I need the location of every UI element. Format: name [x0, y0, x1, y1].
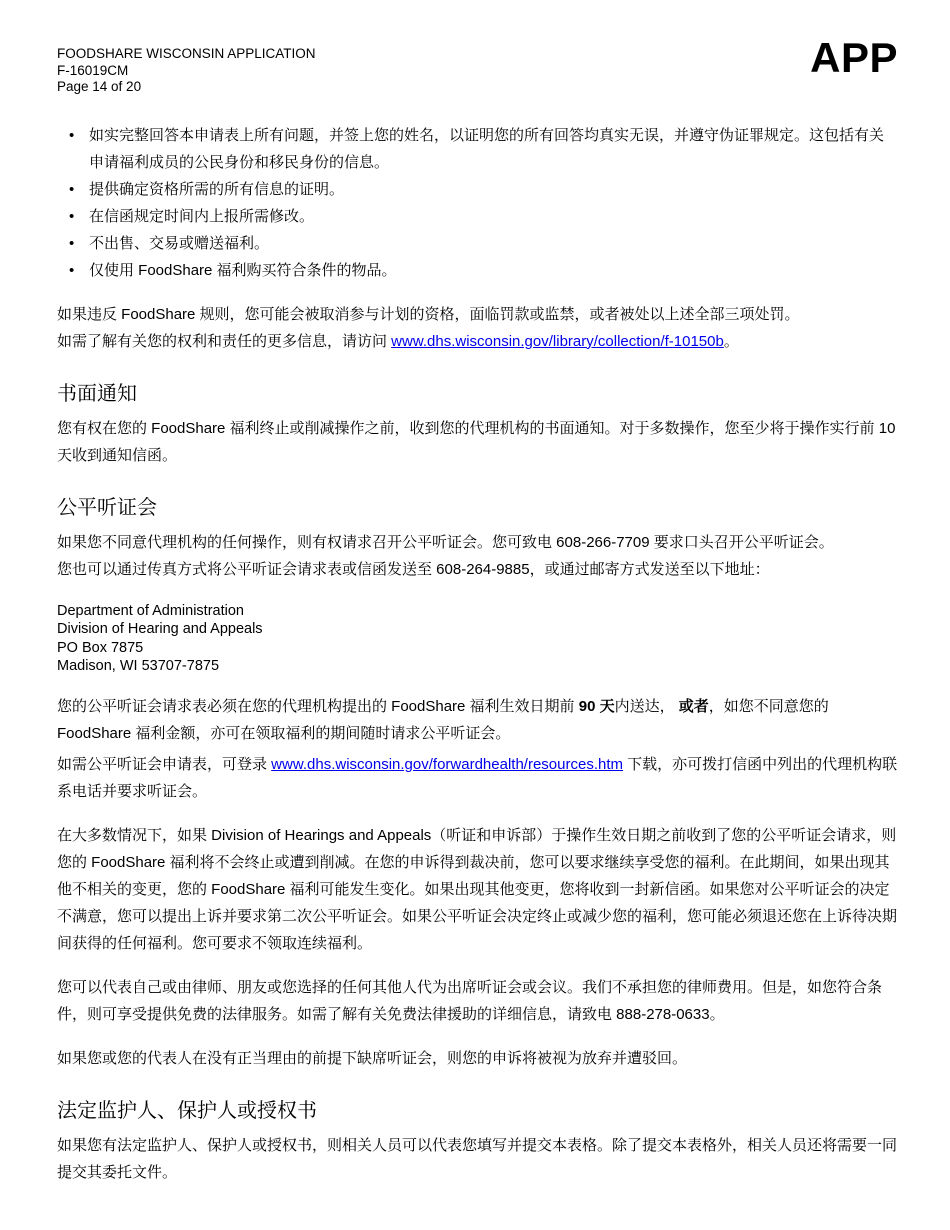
- address-line: Madison, WI 53707-7875: [57, 657, 898, 676]
- representation-paragraph: 您可以代表自己或由律师、朋友或您选择的任何其他人代为出席听证会或会议。我们不承担…: [57, 974, 898, 1028]
- written-notice-paragraph: 您有权在您的 FoodShare 福利终止或削减操作之前，收到您的代理机构的书面…: [57, 415, 898, 469]
- hearing-form-paragraph: 如需公平听证会申请表，可登录 www.dhs.wisconsin.gov/for…: [57, 751, 898, 805]
- header-page-number: Page 14 of 20: [57, 79, 316, 96]
- penalty-line2-suffix: 。: [724, 333, 739, 350]
- fair-hearing-intro-paragraph: 如果您不同意代理机构的任何操作，则有权请求召开公平听证会。您可致电 608-26…: [57, 529, 898, 583]
- section-heading-fair-hearing: 公平听证会: [57, 494, 898, 522]
- address-line: PO Box 7875: [57, 639, 898, 658]
- page-header: FOODSHARE WISCONSIN APPLICATION F-16019C…: [57, 46, 898, 96]
- hearing-process-paragraph: 在大多数情况下，如果 Division of Hearings and Appe…: [57, 822, 898, 957]
- list-item: 不出售、交易或赠送福利。: [57, 230, 898, 257]
- guardian-paragraph: 如果您有法定监护人、保护人或授权书，则相关人员可以代表您填写并提交本表格。除了提…: [57, 1132, 898, 1186]
- list-item: 提供确定资格所需的所有信息的证明。: [57, 176, 898, 203]
- document-content: 如实完整回答本申请表上所有问题，并签上您的姓名，以证明您的所有回答均真实无误，并…: [57, 122, 898, 1186]
- list-item: 仅使用 FoodShare 福利购买符合条件的物品。: [57, 257, 898, 284]
- mailing-address: Department of Administration Division of…: [57, 602, 898, 676]
- app-badge: APP: [810, 38, 898, 78]
- fair-hearing-intro-line2: 您也可以通过传真方式将公平听证会请求表或信函发送至 608-264-9885，或…: [57, 561, 770, 578]
- section-heading-guardian: 法定监护人、保护人或授权书: [57, 1097, 898, 1125]
- header-title: FOODSHARE WISCONSIN APPLICATION: [57, 46, 316, 63]
- list-item: 在信函规定时间内上报所需修改。: [57, 203, 898, 230]
- penalty-line2-prefix: 如需了解有关您的权利和责任的更多信息，请访问: [57, 333, 391, 350]
- address-line: Division of Hearing and Appeals: [57, 620, 898, 639]
- deadline-mid: 内送达，: [615, 698, 679, 715]
- list-item: 如实完整回答本申请表上所有问题，并签上您的姓名，以证明您的所有回答均真实无误，并…: [57, 122, 898, 176]
- penalty-line1: 如果违反 FoodShare 规则，您可能会被取消参与计划的资格，面临罚款或监禁…: [57, 306, 800, 323]
- deadline-pre: 您的公平听证会请求表必须在您的代理机构提出的 FoodShare 福利生效日期前: [57, 698, 579, 715]
- section-heading-written-notice: 书面通知: [57, 380, 898, 408]
- download-prefix: 如需公平听证会申请表，可登录: [57, 756, 271, 773]
- rights-info-link[interactable]: www.dhs.wisconsin.gov/library/collection…: [391, 333, 724, 350]
- fair-hearing-intro-line1: 如果您不同意代理机构的任何操作，则有权请求召开公平听证会。您可致电 608-26…: [57, 534, 834, 551]
- deadline-bold-days: 90 天: [579, 698, 615, 715]
- penalty-paragraph: 如果违反 FoodShare 规则，您可能会被取消参与计划的资格，面临罚款或监禁…: [57, 301, 898, 355]
- deadline-paragraph: 您的公平听证会请求表必须在您的代理机构提出的 FoodShare 福利生效日期前…: [57, 693, 898, 747]
- document-page: FOODSHARE WISCONSIN APPLICATION F-16019C…: [0, 0, 950, 1230]
- responsibilities-list: 如实完整回答本申请表上所有问题，并签上您的姓名，以证明您的所有回答均真实无误，并…: [57, 122, 898, 284]
- header-meta: FOODSHARE WISCONSIN APPLICATION F-16019C…: [57, 46, 316, 96]
- missed-hearing-paragraph: 如果您或您的代表人在没有正当理由的前提下缺席听证会，则您的申诉将被视为放弃并遭驳…: [57, 1045, 898, 1072]
- header-form-number: F-16019CM: [57, 63, 316, 80]
- resources-link[interactable]: www.dhs.wisconsin.gov/forwardhealth/reso…: [271, 756, 623, 773]
- address-line: Department of Administration: [57, 602, 898, 621]
- deadline-bold-or: 或者: [679, 698, 709, 715]
